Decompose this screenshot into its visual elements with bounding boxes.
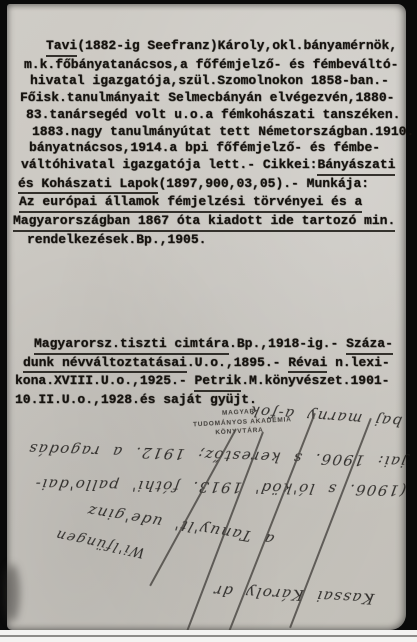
- pencil-stroke: [149, 429, 237, 587]
- pencil-stroke: [224, 413, 316, 642]
- pencil-strokes-layer: [7, 4, 406, 630]
- card-paper: Tavi(1882-ig Seefranz)Károly,okl.bányamé…: [7, 4, 406, 630]
- scan-bottom-strip: [0, 630, 417, 642]
- pencil-stroke: [182, 432, 264, 642]
- scanned-catalog-card: Tavi(1882-ig Seefranz)Károly,okl.bányamé…: [0, 0, 417, 642]
- scan-bottom-edge-line: [0, 635, 417, 637]
